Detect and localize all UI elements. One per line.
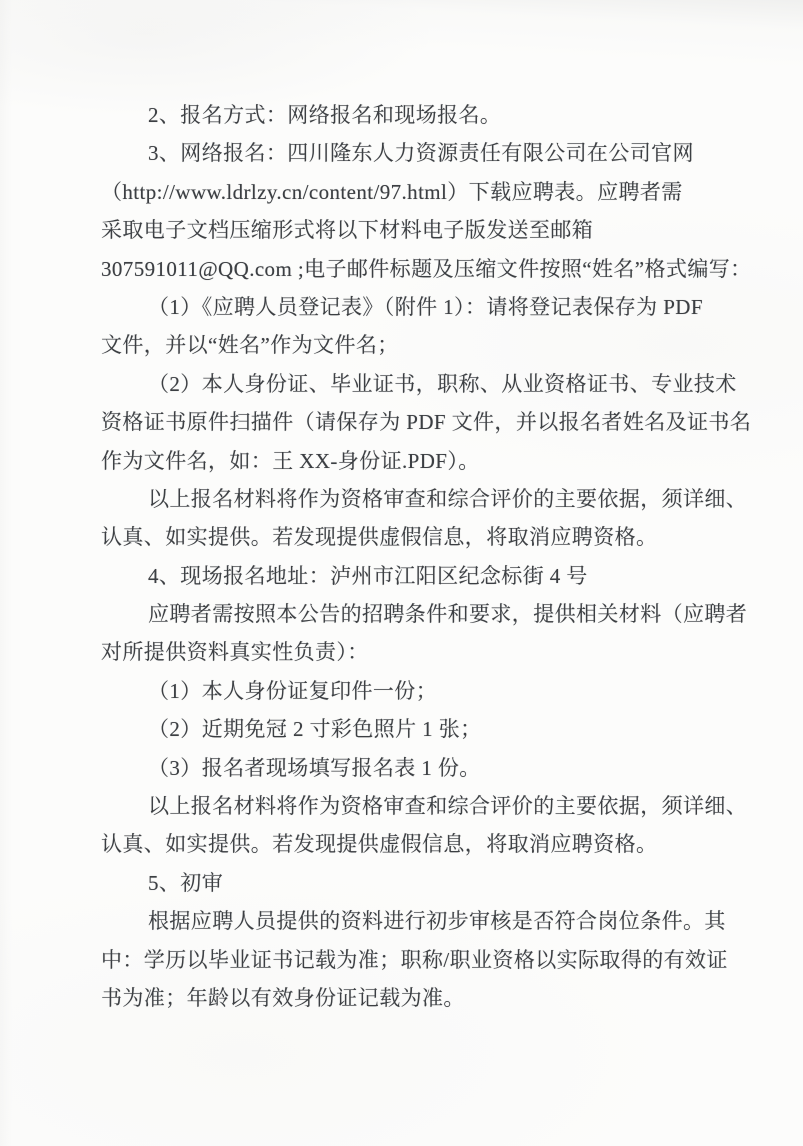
document-line: 4、现场报名地址：泸州市江阳区纪念标街 4 号 (101, 557, 753, 595)
document-line: 文件，并以“姓名”作为文件名； (101, 326, 753, 364)
document-line: 对所提供资料真实性负责）： (101, 633, 753, 671)
document-line: 307591011@QQ.com ;电子邮件标题及压缩文件按照“姓名”格式编写： (101, 250, 753, 288)
document-line: 资格证书原件扫描件（请保存为 PDF 文件，并以报名者姓名及证书名 (101, 403, 753, 441)
scanned-document-page: 2、报名方式：网络报名和现场报名。3、网络报名：四川隆东人力资源责任有限公司在公… (0, 0, 803, 1146)
document-line: 采取电子文档压缩形式将以下材料电子版发送至邮箱 (101, 211, 753, 249)
document-line: 作为文件名，如：王 XX-身份证.PDF）。 (101, 442, 753, 480)
document-body: 2、报名方式：网络报名和现场报名。3、网络报名：四川隆东人力资源责任有限公司在公… (101, 96, 753, 1017)
document-line: 中：学历以毕业证书记载为准；职称/职业资格以实际取得的有效证 (101, 941, 753, 979)
document-line: 5、初审 (101, 864, 753, 902)
document-line: （2）本人身份证、毕业证书，职称、从业资格证书、专业技术 (101, 365, 753, 403)
document-line: 以上报名材料将作为资格审查和综合评价的主要依据，须详细、 (101, 787, 753, 825)
document-line: （2）近期免冠 2 寸彩色照片 1 张； (101, 710, 753, 748)
document-line: 根据应聘人员提供的资料进行初步审核是否符合岗位条件。其 (101, 902, 753, 940)
document-line: 书为准；年龄以有效身份证记载为准。 (101, 979, 753, 1017)
document-line: 认真、如实提供。若发现提供虚假信息，将取消应聘资格。 (101, 518, 753, 556)
document-line: 认真、如实提供。若发现提供虚假信息，将取消应聘资格。 (101, 825, 753, 863)
document-line: 应聘者需按照本公告的招聘条件和要求，提供相关材料（应聘者 (101, 595, 753, 633)
document-line: （1）本人身份证复印件一份； (101, 672, 753, 710)
document-line: 以上报名材料将作为资格审查和综合评价的主要依据，须详细、 (101, 480, 753, 518)
document-line: （3）报名者现场填写报名表 1 份。 (101, 749, 753, 787)
document-line: 3、网络报名：四川隆东人力资源责任有限公司在公司官网 (101, 134, 753, 172)
document-line: 2、报名方式：网络报名和现场报名。 (101, 96, 753, 134)
document-line: （http://www.ldrlzy.cn/content/97.html）下载… (101, 173, 753, 211)
document-line: （1）《应聘人员登记表》（附件 1）：请将登记表保存为 PDF (101, 288, 753, 326)
